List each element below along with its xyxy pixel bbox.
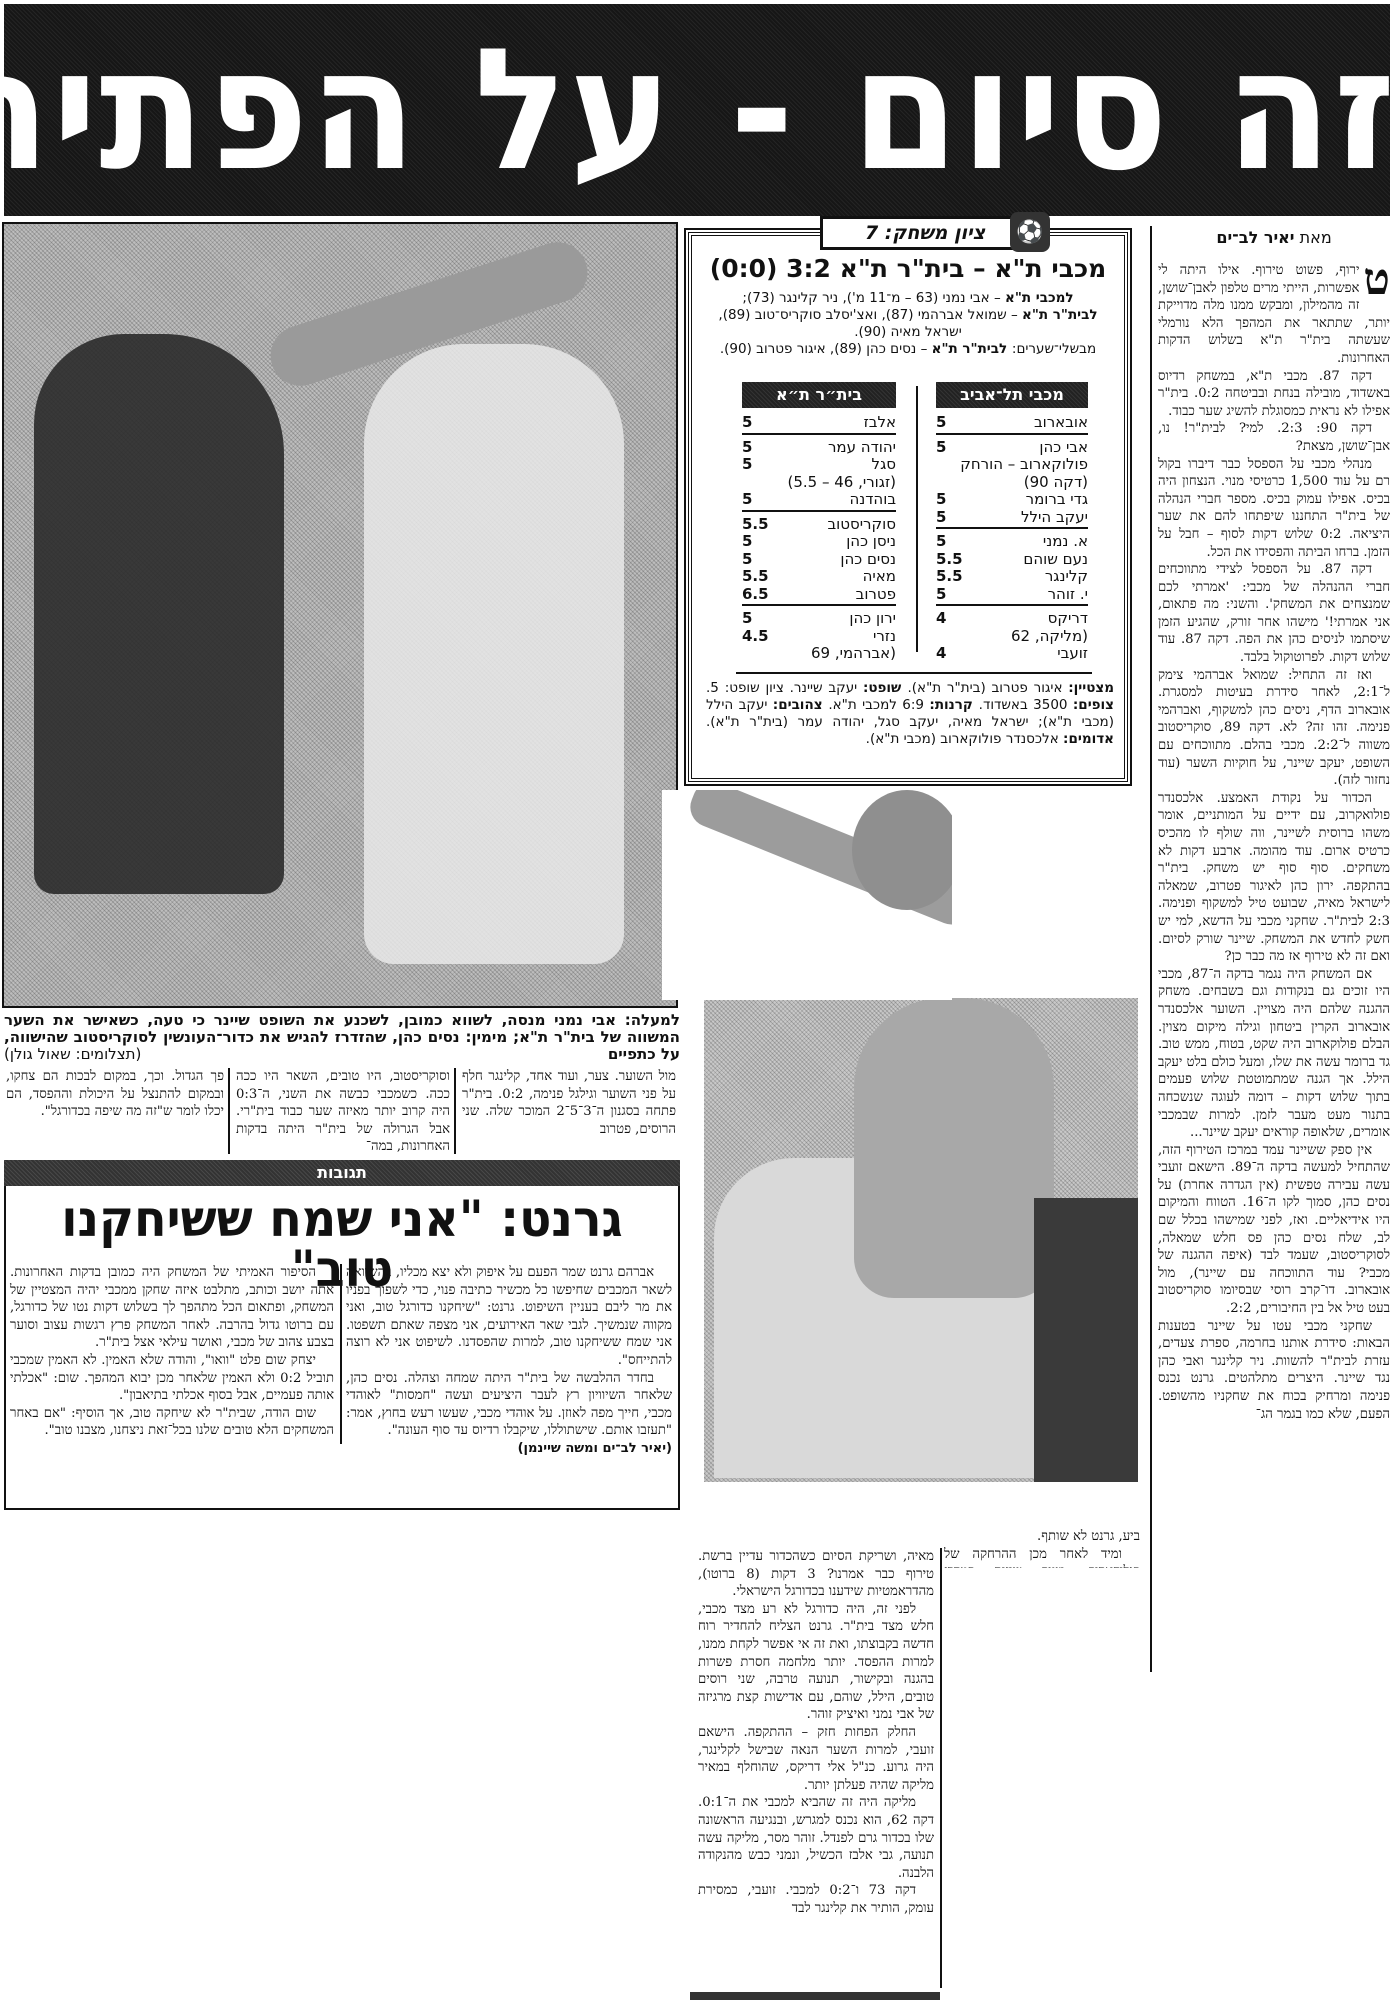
roster-row: סוקריסטוב5.5 bbox=[742, 516, 896, 534]
note-label: שופט: bbox=[863, 680, 908, 696]
player-rating: 5.5 bbox=[936, 551, 963, 569]
roster-row: (דקה 90) bbox=[936, 474, 1088, 492]
player-rating: 6.5 bbox=[742, 586, 769, 604]
article-paragraph: דקה 90: 2:3. למי? לבית"ר! נו, אבן־שושן, … bbox=[1158, 420, 1390, 455]
roster-row: נסים כהן5 bbox=[742, 551, 896, 569]
roster-list: אלבז5יהודה עמר5סגל5(זגורי, 46 – 5.5)בוהד… bbox=[742, 414, 896, 663]
note-label: צופים: bbox=[1073, 697, 1114, 713]
assists-text: – נסים כהן (89), איגור פטרוב (90). bbox=[720, 341, 932, 357]
player-name: נסים כהן bbox=[840, 551, 896, 569]
reactions-paragraph: בחדר ההלבשה של בית"ר היתה שמחה וצהלה. נס… bbox=[346, 1370, 672, 1440]
note-value: 3500 באשדוד. bbox=[979, 697, 1073, 713]
football-boot-icon: ⚽ bbox=[1010, 212, 1050, 252]
player-name: אבי כהן bbox=[1039, 439, 1088, 457]
reactions-paragraph: הסיפור האמיתי של המשחק היה כמובן בדקות ה… bbox=[10, 1264, 334, 1352]
article-paragraph: הכדור על נקודת האמצע. אלכסנדר פולואקרוב,… bbox=[1158, 790, 1390, 966]
player-name: קלינגר bbox=[1045, 568, 1088, 586]
continuation-text: מאיה, ושריקת הסיום כשהכדור עדיין ברשת. ט… bbox=[698, 1548, 934, 1601]
player-rating: 5 bbox=[936, 586, 946, 604]
player-rating: 4.5 bbox=[742, 628, 769, 646]
lower-column-text: פך הגדול. וכך, במקום לבכות הם צחקו, ובמק… bbox=[6, 1068, 224, 1121]
player-rating: 5 bbox=[742, 610, 752, 628]
roster-maccabi: מכבי תל־אביב אובארוב5אבי כהן5פולוקארוב –… bbox=[936, 382, 1088, 663]
article-paragraph: שחקני מכבי עטו על שיינר בטענות הבאות: סי… bbox=[1158, 1318, 1390, 1424]
roster-row: אבי כהן5 bbox=[936, 439, 1088, 457]
player-rating: 5 bbox=[936, 533, 946, 551]
player-name: (אברהמי, 69 bbox=[811, 645, 896, 663]
team-header: מכבי תל־אביב bbox=[936, 382, 1088, 408]
middle-continuation-left: מאיה, ושריקת הסיום כשהכדור עדיין ברשת. ט… bbox=[698, 1548, 934, 1917]
column-divider bbox=[340, 1264, 342, 1444]
article-paragraph: מנהלי מכבי על הספסל כבר דיברו בקול רם על… bbox=[1158, 456, 1390, 562]
note-label: אדומים: bbox=[1063, 731, 1114, 747]
continuation-text: דקה 73 ו־0:2 למכבי. זועבי, כמסירת עומק, … bbox=[698, 1882, 934, 1917]
goals-team-label: למכבי ת"א bbox=[1005, 290, 1074, 306]
article-paragraph: אין ספק ששיינר עמד במרכז הטירוף הזה, שהת… bbox=[1158, 1142, 1390, 1318]
column-divider bbox=[228, 1068, 230, 1154]
roster-list: אובארוב5אבי כהן5פולוקארוב – הורחק(דקה 90… bbox=[936, 414, 1088, 663]
goals-team-label: לבית"ר ת"א bbox=[1022, 307, 1098, 323]
continuation-text: ומיד לאחר מכן ההרחקה של פולוקארוב, ושוב … bbox=[944, 1546, 1140, 1568]
article-paragraph: טירוף, פשוט טירוף. אילו היתה לי אפשרות, … bbox=[1158, 262, 1390, 368]
player-name: אובארוב bbox=[1034, 414, 1088, 432]
roster-beitar: בית״ר ת״א אלבז5יהודה עמר5סגל5(זגורי, 46 … bbox=[742, 382, 896, 663]
player-rating: 5 bbox=[742, 439, 752, 457]
roster-row: א. נמני5 bbox=[936, 533, 1088, 551]
player-name: דריקס bbox=[1048, 610, 1088, 628]
lower-column-text: וסוקריסטוב, היו טובים, השאר היו ככה ככה.… bbox=[236, 1068, 450, 1156]
referee-figure bbox=[34, 334, 284, 894]
article-paragraph: אם המשחק היה נגמר בדקה ה־87, מכבי היו זו… bbox=[1158, 966, 1390, 1142]
note-label: קרנות: bbox=[929, 697, 978, 713]
match-notes: מצטיין: איגור פטרוב (בית"ר ת"א). שופט: י… bbox=[706, 680, 1114, 748]
player-rating: 5 bbox=[936, 509, 946, 527]
player-rating: 5 bbox=[742, 491, 752, 509]
roster-row: גדי ברומר5 bbox=[936, 491, 1088, 509]
byline-author: יאיר לב־ים bbox=[1216, 228, 1294, 247]
column-divider bbox=[1150, 226, 1152, 1672]
column-divider bbox=[940, 1548, 942, 1988]
dark-shadow bbox=[1034, 1198, 1138, 1482]
bottom-banner-strip bbox=[690, 1992, 940, 2000]
byline: מאת יאיר לב־ים bbox=[1158, 228, 1390, 247]
continuation-text: החלק הפחות חזק – ההתקפה. הישאם זועבי, למ… bbox=[698, 1724, 934, 1794]
note-value: איגור פטרוב (בית"ר ת"א). bbox=[907, 680, 1068, 696]
player-name: פטרוב bbox=[856, 586, 896, 604]
player-rating: 5 bbox=[742, 551, 752, 569]
roster-row: יהודה עמר5 bbox=[742, 439, 896, 457]
roster-row: ניסן כהן5 bbox=[742, 533, 896, 551]
photo-player-on-shoulders bbox=[704, 998, 1138, 1482]
match-rating-tab: ציון משחק: 7 bbox=[820, 216, 1030, 250]
headline-banner: איזה סיום - על הפתיחה bbox=[4, 4, 1390, 216]
roster-row: מאיה5.5 bbox=[742, 568, 896, 586]
player-name: יעקב הילל bbox=[1021, 509, 1088, 527]
roster-row: נזרי4.5 bbox=[742, 628, 896, 646]
roster-row: קלינגר5.5 bbox=[936, 568, 1088, 586]
photo-player-arm bbox=[662, 790, 952, 1000]
lower-column-3: פך הגדול. וכך, במקום לבכות הם צחקו, ובמק… bbox=[6, 1068, 224, 1156]
player-name: אלבז bbox=[864, 414, 896, 432]
roster-row: (אברהמי, 69 bbox=[742, 645, 896, 663]
continuation-text: לפני זה, היה כדורגל לא רע מצד מכבי, חלש … bbox=[698, 1601, 934, 1724]
main-article-column: טירוף, פשוט טירוף. אילו היתה לי אפשרות, … bbox=[1158, 262, 1390, 1423]
reactions-paragraph: אברהם גרנט שמר הפעם על איפוק ולא יצא מכל… bbox=[346, 1264, 672, 1370]
note-label: צהובים: bbox=[773, 697, 829, 713]
note-value: 6:9 למכבי ת"א. bbox=[828, 697, 929, 713]
roster-row: זועבי4 bbox=[936, 645, 1088, 663]
player-name: נעם שוהם bbox=[1023, 551, 1088, 569]
player-rating: 4 bbox=[936, 610, 946, 628]
player-rating: 5.5 bbox=[936, 568, 963, 586]
photo-referee-argument bbox=[2, 222, 678, 1008]
lower-column-text: מול השוער. צער, ועוד אחד, קלינגר חלף על … bbox=[462, 1068, 676, 1138]
match-goals: למכבי ת"א – אבי נמני (63 – מ־11 מ'), ניר… bbox=[700, 290, 1116, 358]
reactions-signature: (יאיר לב־ים ומשה שיינמן) bbox=[346, 1440, 672, 1458]
note-label: ציון שופט: bbox=[725, 680, 790, 696]
lower-column-1: מול השוער. צער, ועוד אחד, קלינגר חלף על … bbox=[462, 1068, 676, 1156]
drop-cap: ט bbox=[1363, 262, 1390, 298]
reactions-paragraph: שום הודה, שבית"ר לא שיחקה טוב, אך הוסיף:… bbox=[10, 1405, 334, 1440]
byline-prefix: מאת bbox=[1300, 228, 1332, 247]
player-name: נזרי bbox=[873, 628, 896, 646]
player-name: פולוקארוב – הורחק bbox=[960, 456, 1088, 474]
player-name: (זגורי, 46 – 5.5) bbox=[787, 474, 896, 492]
column-divider bbox=[454, 1068, 456, 1154]
player-name: בוהדנה bbox=[849, 491, 896, 509]
roster-row: פולוקארוב – הורחק bbox=[936, 456, 1088, 474]
player-name: יהודה עמר bbox=[828, 439, 896, 457]
player-name: זועבי bbox=[1057, 645, 1088, 663]
player-rating: 5.5 bbox=[742, 516, 769, 534]
reactions-right-column: אברהם גרנט שמר הפעם על איפוק ולא יצא מכל… bbox=[346, 1264, 672, 1458]
player-rating: 5 bbox=[936, 414, 946, 432]
assists-team: לבית"ר ת"א bbox=[932, 341, 1012, 357]
player-name: (דקה 90) bbox=[1024, 474, 1088, 492]
match-title: מכבי ת"א – בית"ר ת"א 3:2 (0:0) bbox=[692, 254, 1124, 283]
article-paragraph-text: ירוף, פשוט טירוף. אילו היתה לי אפשרות, ה… bbox=[1158, 263, 1390, 366]
player-name: א. נמני bbox=[1043, 533, 1088, 551]
roster-row: י. זוהר5 bbox=[936, 586, 1088, 607]
player-name: גדי ברומר bbox=[1026, 491, 1088, 509]
player-name: ירון כהן bbox=[849, 610, 896, 628]
player-rating: 5 bbox=[742, 533, 752, 551]
roster-divider bbox=[916, 386, 918, 652]
caption-credit: (תצלומים: שאול גולן) bbox=[4, 1046, 141, 1063]
note-value: 5. bbox=[706, 680, 725, 696]
note-value: אלכסנדר פולוקארוב (מכבי ת"א). bbox=[866, 731, 1063, 747]
note-value: יעקב שיינר. bbox=[790, 680, 863, 696]
player-torso bbox=[854, 998, 1054, 1298]
team-header: בית״ר ת״א bbox=[742, 382, 896, 408]
assists-label: מבשלי־שערים: bbox=[1012, 341, 1096, 357]
roster-row: דריקס4 bbox=[936, 610, 1088, 628]
goals-beitar: – שמואל אברהמי (87), ואצ'יסלב סוקריס־טוב… bbox=[718, 307, 1022, 340]
goals-maccabi: – אבי נמני (63 – מ־11 מ'), ניר קלינגר (7… bbox=[742, 290, 1005, 306]
player-name: י. זוהר bbox=[1048, 586, 1088, 604]
roster-row: אובארוב5 bbox=[936, 414, 1088, 435]
photo-caption: למעלה: אבי נמני מנסה, לשווא כמובן, לשכנע… bbox=[4, 1012, 680, 1063]
player-name: סגל bbox=[872, 456, 896, 474]
player-head bbox=[852, 790, 952, 910]
box-divider bbox=[736, 672, 1092, 674]
article-paragraph: ואז זה התחיל: שמואל אברהמי צימק ל־2:1, ל… bbox=[1158, 667, 1390, 790]
middle-continuation-right: ביע, גרנט לא שותף. ומיד לאחר מכן ההרחקה … bbox=[944, 1528, 1140, 1568]
player-name: ניסן כהן bbox=[846, 533, 896, 551]
lower-column-2: וסוקריסטוב, היו טובים, השאר היו ככה ככה.… bbox=[236, 1068, 450, 1156]
article-paragraph: דקה 87. מכבי ת"א, במשחק רדיוס באשדוד, מו… bbox=[1158, 368, 1390, 421]
reactions-paragraph: יצחק שום פלט "וואו", והודה שלא האמין. לא… bbox=[10, 1352, 334, 1405]
continuation-text: מליקה היה זה שהביא למכבי את ה־0:1. דקה 6… bbox=[698, 1794, 934, 1882]
roster-row: פטרוב6.5 bbox=[742, 586, 896, 607]
player-rating: 5 bbox=[742, 414, 752, 432]
player-name: (מליקה, 62 bbox=[1011, 628, 1088, 646]
continuation-text: ביע, גרנט לא שותף. bbox=[944, 1528, 1140, 1546]
roster-row: (מליקה, 62 bbox=[936, 628, 1088, 646]
roster-row: ירון כהן5 bbox=[742, 610, 896, 628]
player-name: סוקריסטוב bbox=[827, 516, 896, 534]
note-label: מצטיין: bbox=[1068, 680, 1114, 696]
roster-row: בוהדנה5 bbox=[742, 491, 896, 512]
headline: איזה סיום - על הפתיחה bbox=[0, 26, 1396, 194]
player-rating: 5 bbox=[936, 491, 946, 509]
roster-row: נעם שוהם5.5 bbox=[936, 551, 1088, 569]
player-rating: 5 bbox=[742, 456, 752, 474]
player-figure bbox=[364, 344, 624, 964]
article-paragraph: דקה 87. על הספסל לצידי מתווכחים חברי ההנ… bbox=[1158, 561, 1390, 667]
reactions-left-column: הסיפור האמיתי של המשחק היה כמובן בדקות ה… bbox=[10, 1264, 334, 1440]
roster-row: סגל5 bbox=[742, 456, 896, 474]
player-rating: 5 bbox=[936, 439, 946, 457]
roster-row: (זגורי, 46 – 5.5) bbox=[742, 474, 896, 492]
roster-row: אלבז5 bbox=[742, 414, 896, 435]
player-rating: 5.5 bbox=[742, 568, 769, 586]
roster-row: יעקב הילל5 bbox=[936, 509, 1088, 530]
player-name: מאיה bbox=[863, 568, 896, 586]
reactions-section-label: תגובות bbox=[4, 1160, 680, 1186]
player-rating: 4 bbox=[936, 645, 946, 663]
